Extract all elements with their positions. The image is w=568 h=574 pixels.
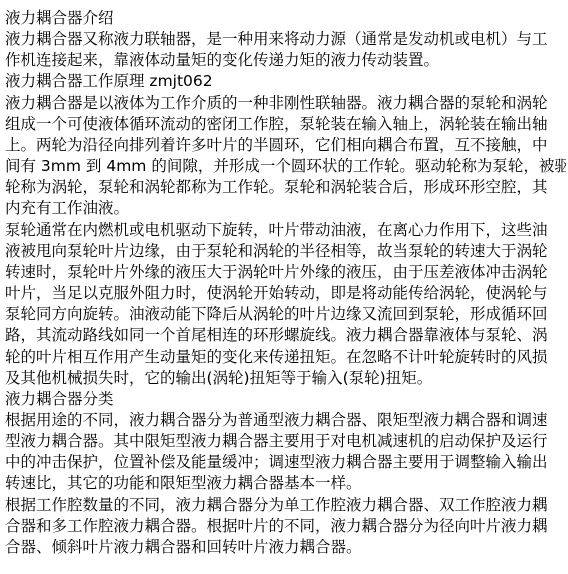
text-line: 液力耦合器又称液力联轴器，是一种用来将动力源（通常是发动机或电机）与工 <box>5 29 566 50</box>
text-line: 上。两轮为沿径向排列着许多叶片的半圆环，它们相向耦合布置，互不接触，中 <box>5 135 566 156</box>
document-body: 液力耦合器介绍液力耦合器又称液力联轴器，是一种用来将动力源（通常是发动机或电机）… <box>0 0 568 574</box>
text-line: 中的冲击保护，位置补偿及能量缓冲；调速型液力耦合器主要用于调整输入输出 <box>5 452 566 473</box>
text-line: 泵轮同方向旋转。油液动能下降后从涡轮的叶片边缘又流回到泵轮，形成循环回 <box>5 304 566 325</box>
text-line: 根据工作腔数量的不同，液力耦合器分为单工作腔液力耦合器、双工作腔液力耦 <box>5 495 566 516</box>
text-line: 及其他机械损失时，它的输出(涡轮)扭矩等于输入(泵轮)扭矩。 <box>5 368 566 389</box>
text-line: 转速比，其它的功能和限矩型液力耦合器基本一样。 <box>5 473 566 494</box>
text-line: 液力耦合器是以液体为工作介质的一种非刚性联轴器。液力耦合器的泵轮和涡轮 <box>5 93 566 114</box>
text-line: 型液力耦合器。其中限矩型液力耦合器主要用于对电机减速机的启动保护及运行 <box>5 431 566 452</box>
text-line: 合器和多工作腔液力耦合器。根据叶片的不同，液力耦合器分为径向叶片液力耦 <box>5 516 566 537</box>
text-line: 路，其流动路线如同一个首尾相连的环形螺旋线。液力耦合器靠液体与泵轮、涡 <box>5 325 566 346</box>
text-line: 液被甩向泵轮叶片边缘，由于泵轮和涡轮的半径相等，故当泵轮的转速大于涡轮 <box>5 241 566 262</box>
text-line: 液力耦合器工作原理 zmjt062 <box>5 71 566 92</box>
text-line: 间有 3mm 到 4mm 的间隙，并形成一个圆环状的工作轮。驱动轮称为泵轮，被驱… <box>5 156 566 177</box>
text-line: 合器、倾斜叶片液力耦合器和回转叶片液力耦合器。 <box>5 537 566 558</box>
text-line: 作机连接起来，靠液体动量矩的变化传递力矩的液力传动装置。 <box>5 50 566 71</box>
text-line: 根据用途的不同，液力耦合器分为普通型液力耦合器、限矩型液力耦合器和调速 <box>5 410 566 431</box>
text-line: 液力耦合器分类 <box>5 389 566 410</box>
text-line: 叶片，当足以克服外阻力时，使涡轮开始转动，即是将动能传给涡轮，使涡轮与 <box>5 283 566 304</box>
text-line: 泵轮通常在内燃机或电机驱动下旋转，叶片带动油液，在离心力作用下，这些油 <box>5 220 566 241</box>
text-line: 液力耦合器介绍 <box>5 8 566 29</box>
text-line: 转速时，泵轮叶片外缘的液压大于涡轮叶片外缘的液压，由于压差液体冲击涡轮 <box>5 262 566 283</box>
text-line: 内充有工作油液。 <box>5 198 566 219</box>
text-line: 轮称为涡轮，泵轮和涡轮都称为工作轮。泵轮和涡轮装合后，形成环形空腔，其 <box>5 177 566 198</box>
text-line: 组成一个可使液体循环流动的密闭工作腔，泵轮装在输入轴上，涡轮装在输出轴 <box>5 114 566 135</box>
text-line: 轮的叶片相互作用产生动量矩的变化来传递扭矩。在忽略不计叶轮旋转时的风损 <box>5 347 566 368</box>
